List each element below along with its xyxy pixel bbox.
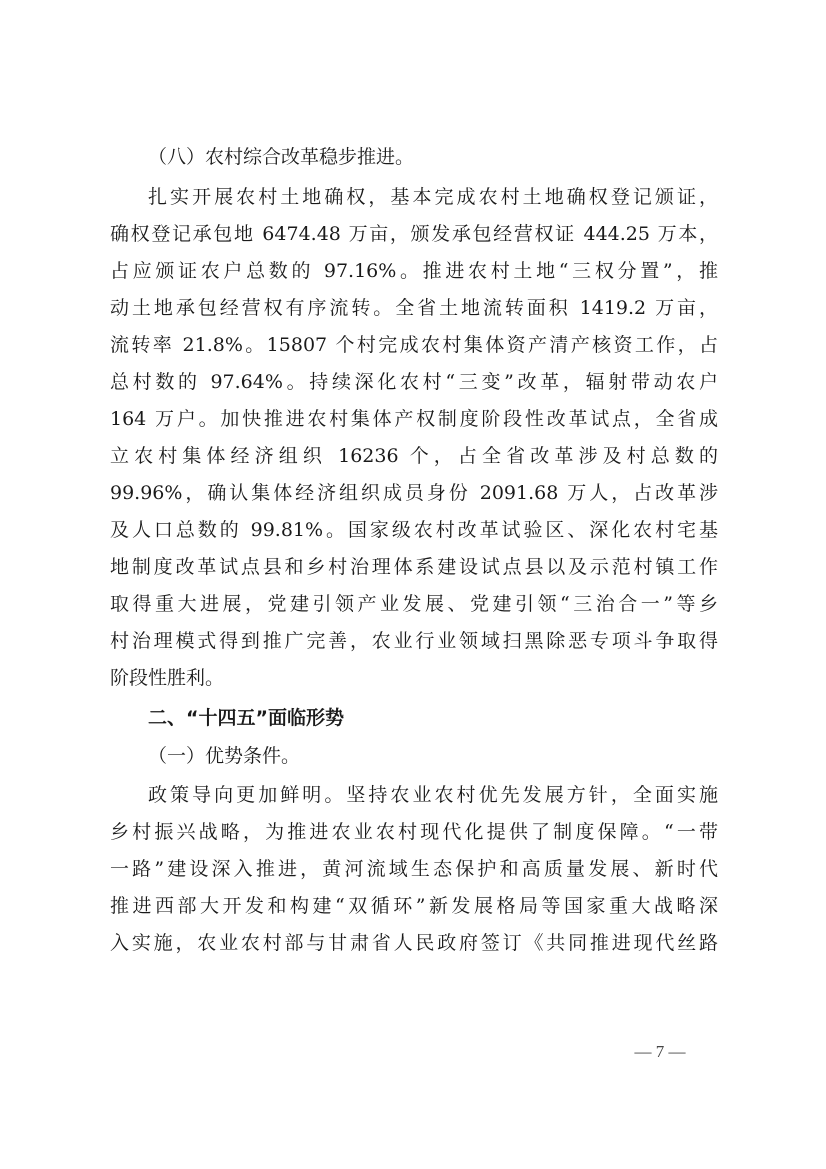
- paragraph-line: 一路”建设深入推进，黄河流域生态保护和高质量发展、新时代: [110, 854, 718, 884]
- paragraph-line: 推进西部大开发和构建“双循环”新发展格局等国家重大战略深: [110, 891, 718, 921]
- paragraph-line: 164 万户。加快推进农村集体产权制度阶段性改革试点，全省成: [110, 404, 718, 434]
- chapter-2-heading: 二、“十四五”面临形势: [148, 703, 718, 733]
- paragraph-line: 总村数的 97.64%。持续深化农村“三变”改革，辐射带动农户: [110, 367, 718, 397]
- paragraph-line: 扎实开展农村土地确权，基本完成农村土地确权登记颁证，: [148, 182, 718, 212]
- paragraph-line: 立农村集体经济组织 16236 个，占全省改革涉及村总数的: [110, 441, 718, 471]
- paragraph-line: 99.96%，确认集体经济组织成员身份 2091.68 万人，占改革涉: [110, 478, 718, 508]
- paragraph-line: 取得重大进展，党建引领产业发展、党建引领“三治合一”等乡: [110, 589, 718, 619]
- paragraph-line: 占应颁证农户总数的 97.16%。推进农村土地“三权分置”，推: [110, 256, 718, 286]
- section-8-heading: （八）农村综合改革稳步推进。: [148, 142, 718, 172]
- paragraph-line: 政策导向更加鲜明。坚持农业农村优先发展方针，全面实施: [148, 780, 718, 810]
- paragraph-line: 村治理模式得到推广完善，农业行业领域扫黑除恶专项斗争取得: [110, 626, 718, 656]
- paragraph-line: 阶段性胜利。: [110, 663, 718, 693]
- paragraph-line: 确权登记承包地 6474.48 万亩，颁发承包经营权证 444.25 万本，: [110, 219, 718, 249]
- document-page: （八）农村综合改革稳步推进。 扎实开展农村土地确权，基本完成农村土地确权登记颁证…: [0, 0, 826, 1169]
- paragraph-line: 地制度改革试点县和乡村治理体系建设试点县以及示范村镇工作: [110, 552, 718, 582]
- paragraph-line: 及人口总数的 99.81%。国家级农村改革试验区、深化农村宅基: [110, 515, 718, 545]
- paragraph-line: 动土地承包经营权有序流转。全省土地流转面积 1419.2 万亩，: [110, 293, 718, 323]
- subsection-1-heading: （一）优势条件。: [148, 741, 718, 771]
- page-number: — 7 —: [620, 1040, 700, 1064]
- paragraph-line: 流转率 21.8%。15807 个村完成农村集体资产清产核资工作，占: [110, 330, 718, 360]
- paragraph-line: 乡村振兴战略，为推进农业农村现代化提供了制度保障。“一带: [110, 817, 718, 847]
- paragraph-line: 入实施，农业农村部与甘肃省人民政府签订《共同推进现代丝路: [110, 928, 718, 958]
